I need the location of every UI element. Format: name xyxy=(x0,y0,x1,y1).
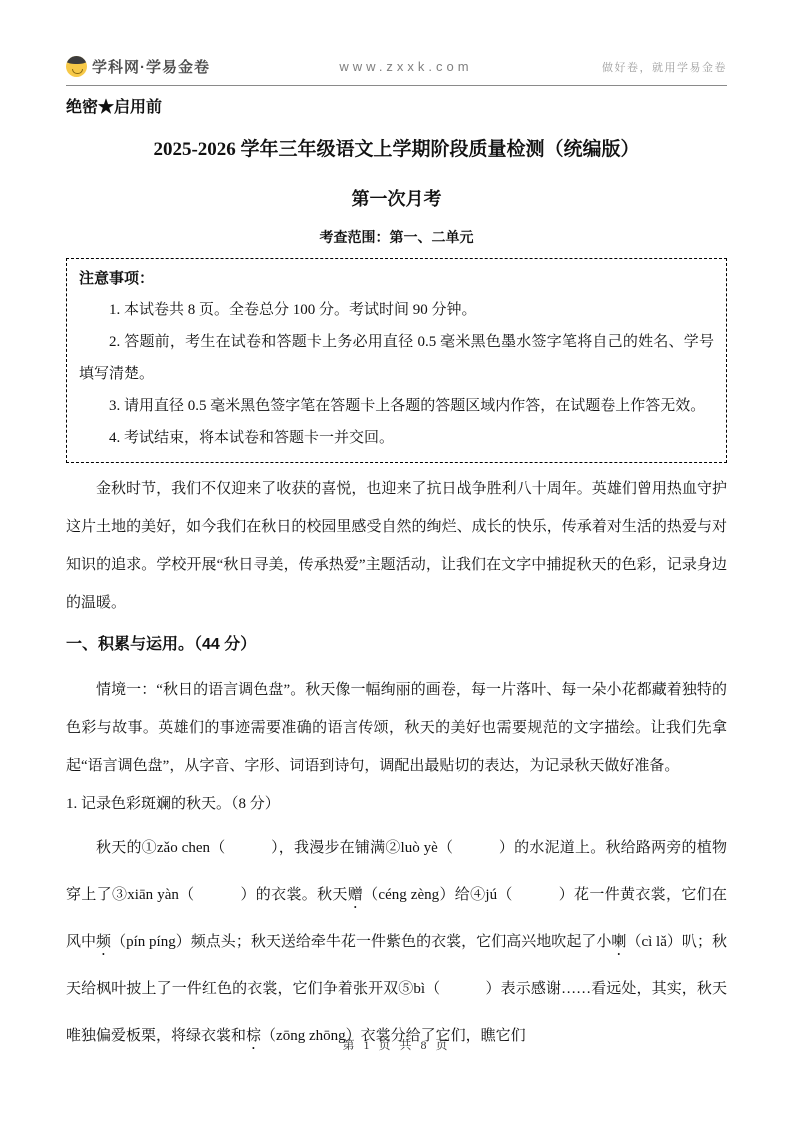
site-url: www.zxxk.com xyxy=(339,59,472,74)
notice-item-4: 4. 考试结束，将本试卷和答题卡一并交回。 xyxy=(79,422,714,454)
page-number: 第 1 页 共 8 页 xyxy=(0,1036,793,1053)
exam-page: 学科网·学易金卷 www.zxxk.com 做好卷，就用学易金卷 绝密★启用前 … xyxy=(0,0,793,1060)
notice-item-1: 1. 本试卷共 8 页。全卷总分 100 分。考试时间 90 分钟。 xyxy=(79,294,714,326)
notice-box: 注意事项： 1. 本试卷共 8 页。全卷总分 100 分。考试时间 90 分钟。… xyxy=(66,258,727,463)
question1-label: 1. 记录色彩斑斓的秋天。（8 分） xyxy=(66,785,727,823)
logo-text: 学科网·学易金卷 xyxy=(92,56,210,77)
notice-title: 注意事项： xyxy=(79,264,714,294)
emphasized-character: 赠 xyxy=(348,887,363,903)
document-header: 学科网·学易金卷 www.zxxk.com 做好卷，就用学易金卷 xyxy=(66,56,727,86)
site-logo: 学科网·学易金卷 xyxy=(66,56,210,77)
section1-heading: 一、积累与运用。（44 分） xyxy=(66,626,727,664)
exam-title: 2025-2026 学年三年级语文上学期阶段质量检测（统编版） xyxy=(66,136,727,163)
secrecy-notice: 绝密★启用前 xyxy=(66,97,727,119)
site-slogan: 做好卷，就用学易金卷 xyxy=(602,59,727,75)
intro-paragraph: 金秋时节，我们不仅迎来了收获的喜悦，也迎来了抗日战争胜利八十周年。英雄们曾用热血… xyxy=(66,470,727,622)
graduation-cap-face-icon xyxy=(66,56,87,77)
emphasized-character: 频 xyxy=(96,934,111,950)
passage-segment: （pín píng）频点头；秋天送给牵牛花一件紫色的衣裳，它们高兴地吹起了小 xyxy=(111,934,611,950)
exam-subtitle: 第一次月考 xyxy=(66,187,727,212)
q1-passage-text: 秋天的①zǎo chen（ ），我漫步在铺满②luò yè（ ）的水泥道上。秋给… xyxy=(66,825,727,1060)
emphasized-character: 喇 xyxy=(611,934,626,950)
notice-item-3: 3. 请用直径 0.5 毫米黑色签字笔在答题卡上各题的答题区域内作答，在试题卷上… xyxy=(79,390,714,422)
notice-item-2: 2. 答题前，考生在试卷和答题卡上务必用直径 0.5 毫米黑色墨水签字笔将自己的… xyxy=(79,326,714,390)
section1-scenario: 情境一：“秋日的语言调色盘”。秋天像一幅绚丽的画卷，每一片落叶、每一朵小花都藏着… xyxy=(66,671,727,785)
exam-scope: 考查范围：第一、二单元 xyxy=(66,229,727,249)
